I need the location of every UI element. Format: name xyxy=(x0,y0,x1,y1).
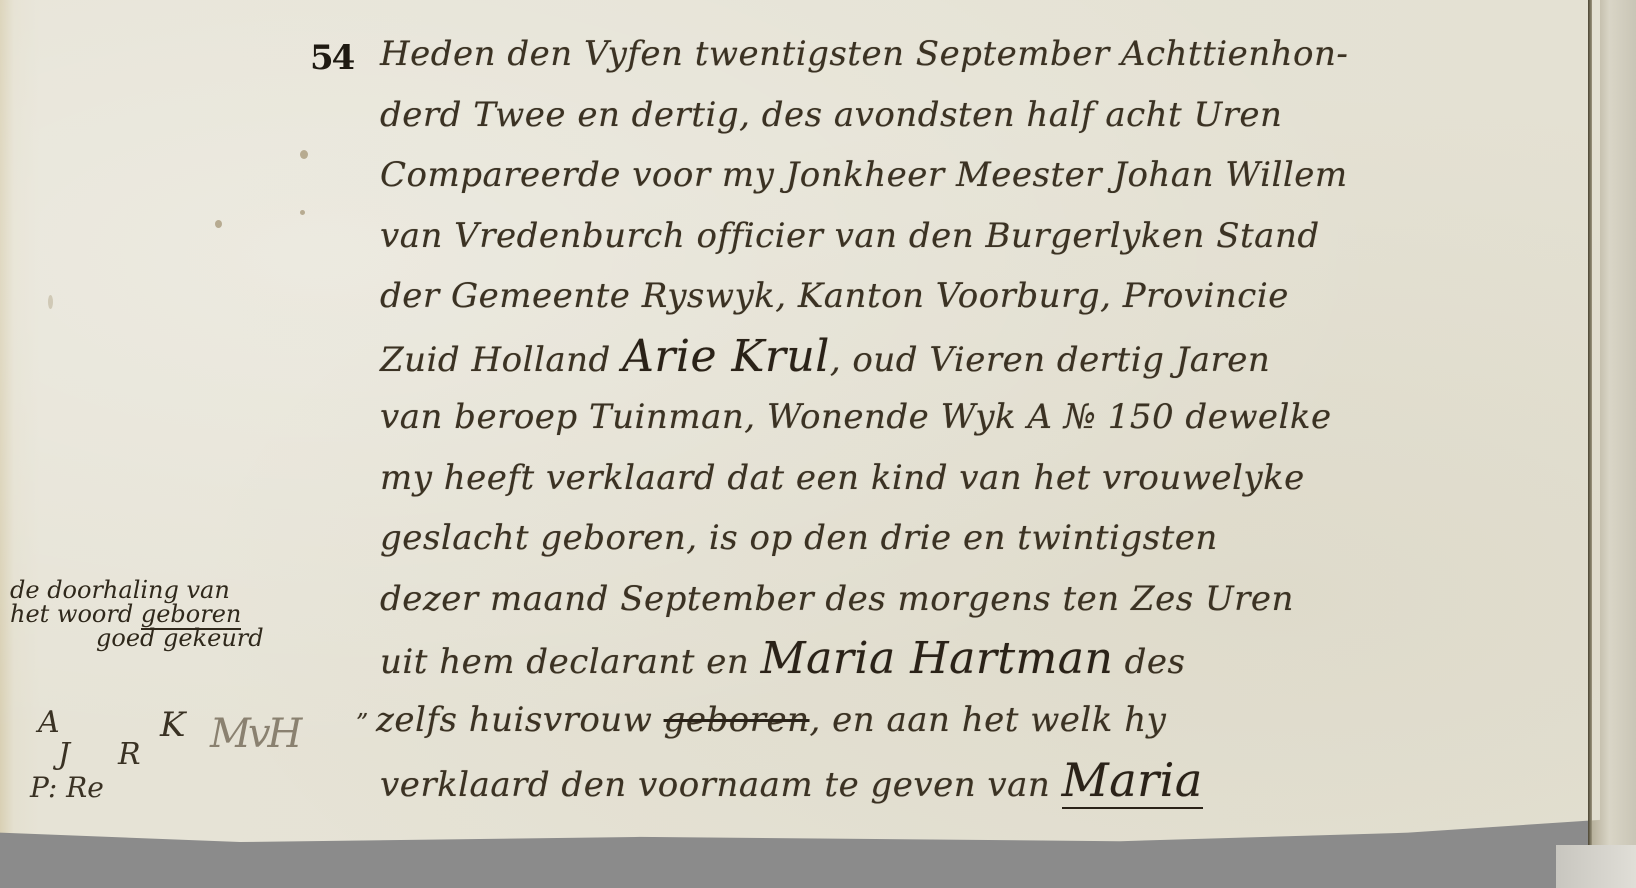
scanned-document-viewport: 54 Heden den Vyfen twentigsten September… xyxy=(0,0,1636,888)
entry-line-5: der Gemeente Ryswyk, Kanton Voorburg, Pr… xyxy=(380,266,1555,327)
line-text: zelfs huisvrouw xyxy=(376,700,664,740)
ditto-mark: ” xyxy=(356,693,376,753)
mother-name: Maria Hartman xyxy=(761,633,1114,684)
entry-line-2: derd Twee en dertig, des avondsten half … xyxy=(380,85,1555,146)
struck-word: geboren xyxy=(664,700,810,740)
margin-line-2: het woord geboren xyxy=(10,602,360,626)
ink-stain xyxy=(48,295,53,309)
entry-body: Heden den Vyfen twentigsten September Ac… xyxy=(380,24,1555,811)
initial-signature: K xyxy=(160,705,185,745)
register-page: 54 Heden den Vyfen twentigsten September… xyxy=(0,0,1600,854)
line-text: verklaard den voornaam te geven van xyxy=(380,765,1062,805)
entry-line-7: van beroep Tuinman, Wonende Wyk A № 150 … xyxy=(380,387,1555,448)
entry-line-13: verklaard den voornaam te geven van Mari… xyxy=(380,750,1555,811)
line-text: Zuid Holland xyxy=(380,340,622,380)
margin-line-3: goed gekeurd xyxy=(10,626,360,650)
father-name: Arie Krul xyxy=(622,331,830,382)
initial-signature: P: Re xyxy=(30,771,104,804)
entry-line-11: uit hem declarant en Maria Hartman des xyxy=(380,629,1555,690)
initial-signature: R xyxy=(118,737,141,772)
margin-initials-signatures: A K J R P: Re MvH xyxy=(30,705,350,820)
child-given-name: Maria xyxy=(1062,753,1203,809)
official-signature: MvH xyxy=(210,711,299,757)
entry-line-6: Zuid Holland Arie Krul, oud Vieren derti… xyxy=(380,327,1555,388)
initial-signature: A xyxy=(38,705,60,740)
ink-stain xyxy=(300,150,308,159)
margin-line-1: de doorhaling van xyxy=(10,578,360,602)
ink-stain xyxy=(300,210,305,215)
entry-line-4: van Vredenburch officier van den Burgerl… xyxy=(380,206,1555,267)
entry-line-12: ”zelfs huisvrouw geboren, en aan het wel… xyxy=(380,690,1555,751)
entry-line-10: dezer maand September des morgens ten Ze… xyxy=(380,569,1555,630)
adjacent-page-bottom xyxy=(1556,845,1636,888)
line-text: , oud Vieren dertig Jaren xyxy=(830,340,1271,380)
margin-annotation: de doorhaling van het woord geboren goed… xyxy=(10,578,360,650)
entry-line-9: geslacht geboren, is op den drie en twin… xyxy=(380,508,1555,569)
entry-line-3: Compareerde voor my Jonkheer Meester Joh… xyxy=(380,145,1555,206)
entry-number: 54 xyxy=(310,38,353,78)
book-gutter-edge xyxy=(1588,0,1592,845)
initial-signature: J xyxy=(58,737,70,772)
line-text: des xyxy=(1113,642,1185,682)
entry-line-1: Heden den Vyfen twentigsten September Ac… xyxy=(380,24,1555,85)
line-text: , en aan het welk hy xyxy=(810,700,1167,740)
ink-stain xyxy=(215,220,222,228)
line-text: uit hem declarant en xyxy=(380,642,761,682)
entry-line-8: my heeft verklaard dat een kind van het … xyxy=(380,448,1555,509)
